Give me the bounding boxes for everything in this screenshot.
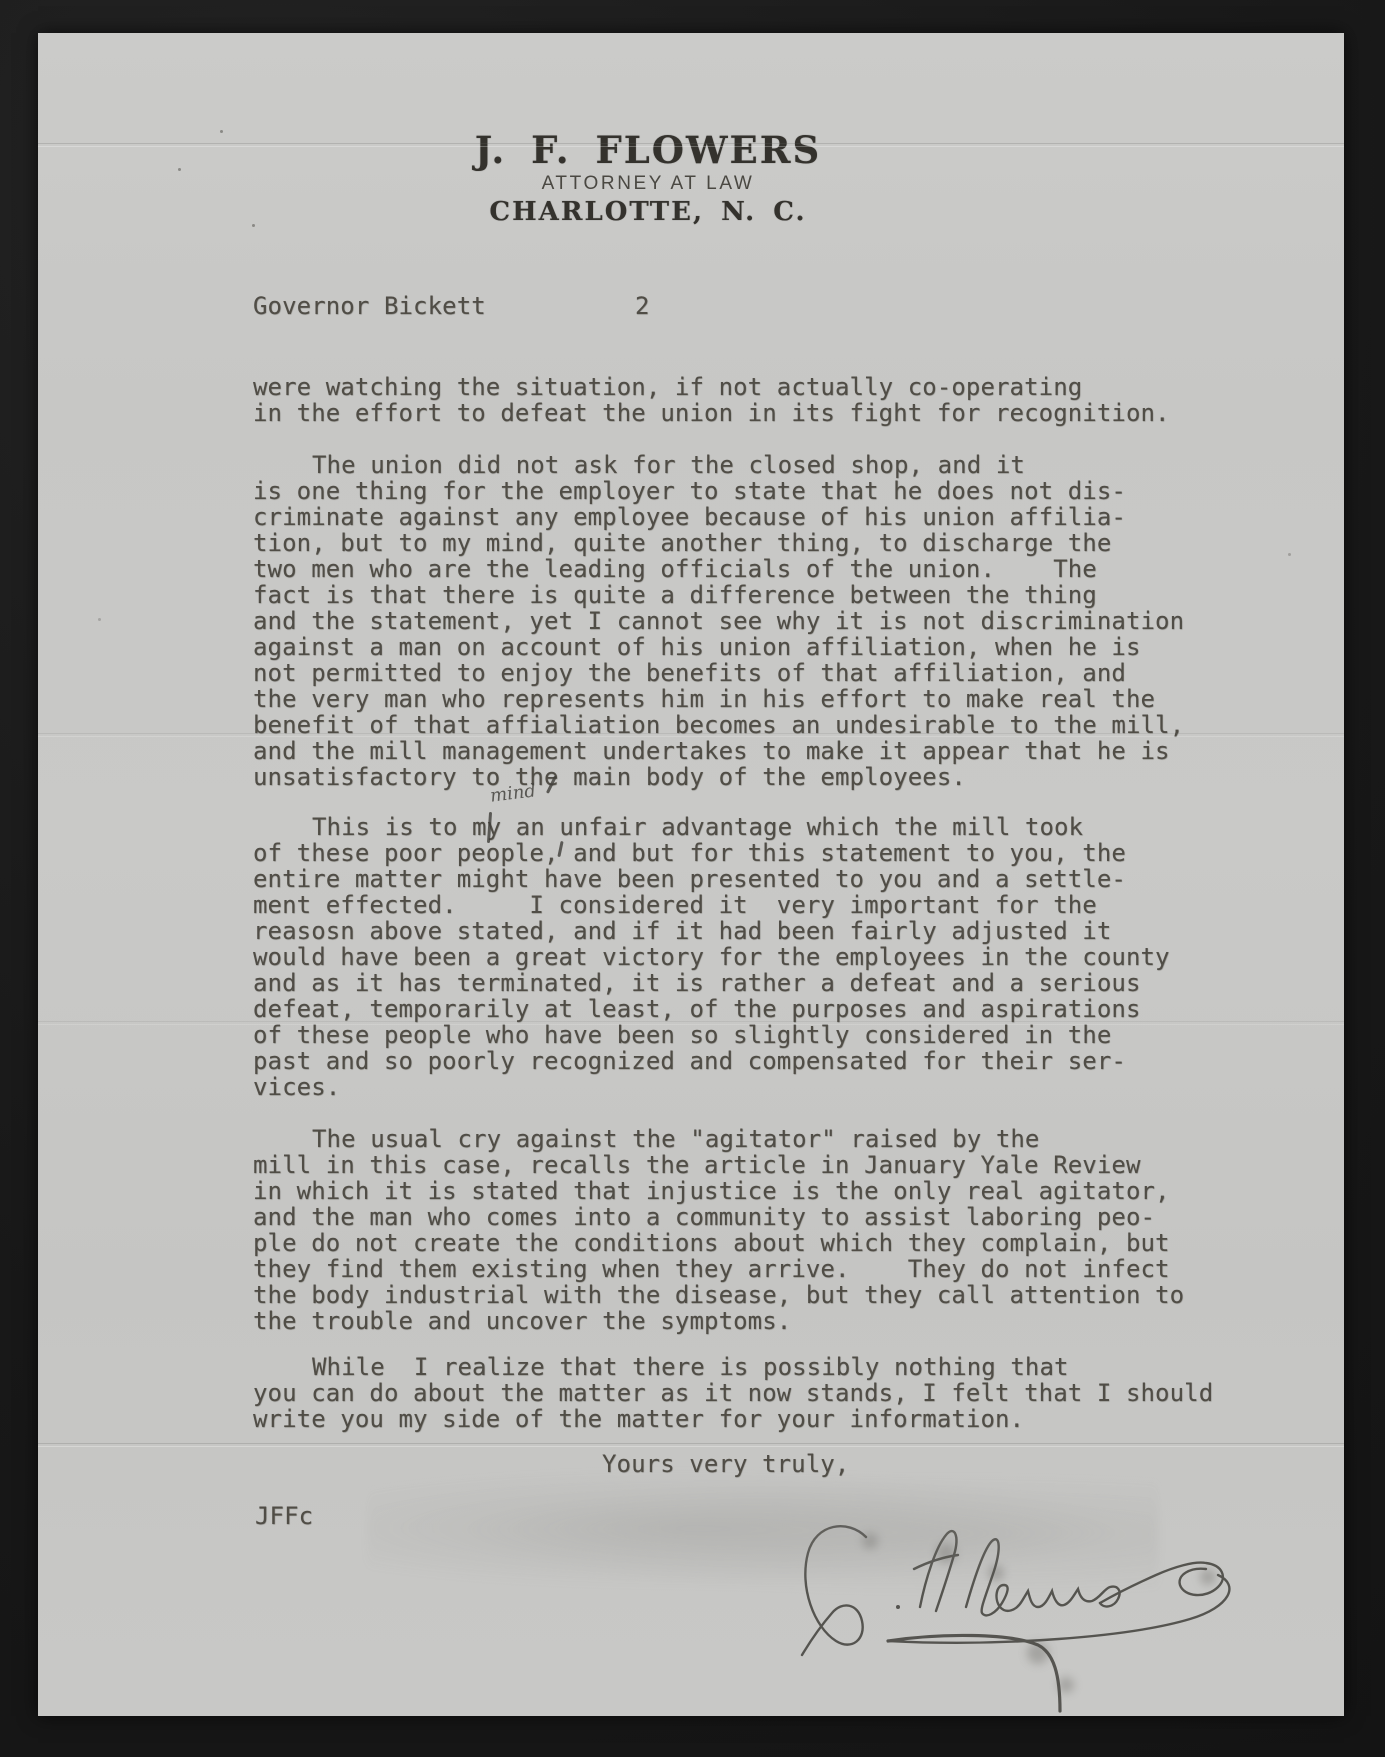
paper-speck	[1288, 553, 1291, 556]
letter-page: J. F. FLOWERS ATTORNEY AT LAW CHARLOTTE,…	[38, 33, 1344, 1716]
paper-speck	[98, 618, 101, 621]
handwritten-insertion: mind	[489, 780, 537, 806]
body-paragraph: The union did not ask for the closed sho…	[253, 452, 1184, 790]
letterhead-city-line: CHARLOTTE, N. C.	[489, 197, 806, 227]
letterhead-name: J. F. FLOWERS	[475, 128, 821, 172]
letterhead-attorney-line: ATTORNEY AT LAW	[542, 173, 755, 195]
typist-initials: JFFc	[255, 1503, 313, 1529]
paper-speck	[220, 130, 223, 133]
body-paragraph: This is to my an unfair advantage which …	[253, 814, 1170, 1100]
body-paragraph: were watching the situation, if not actu…	[253, 374, 1170, 426]
paper-crease	[38, 1021, 1344, 1024]
paper-speck	[252, 224, 255, 227]
paper-crease	[38, 1443, 1344, 1446]
recipient-name: Governor Bickett	[253, 293, 486, 319]
paper-watermark-smudge	[368, 1463, 1158, 1593]
body-paragraph: The usual cry against the "agitator" rai…	[253, 1126, 1184, 1334]
page-number: 2	[635, 293, 650, 319]
scan-background: J. F. FLOWERS ATTORNEY AT LAW CHARLOTTE,…	[0, 0, 1385, 1757]
paper-crease	[38, 733, 1344, 736]
body-paragraph: While I realize that there is possibly n…	[253, 1354, 1213, 1432]
paper-speck	[178, 168, 181, 171]
paper-crease	[38, 143, 1344, 146]
